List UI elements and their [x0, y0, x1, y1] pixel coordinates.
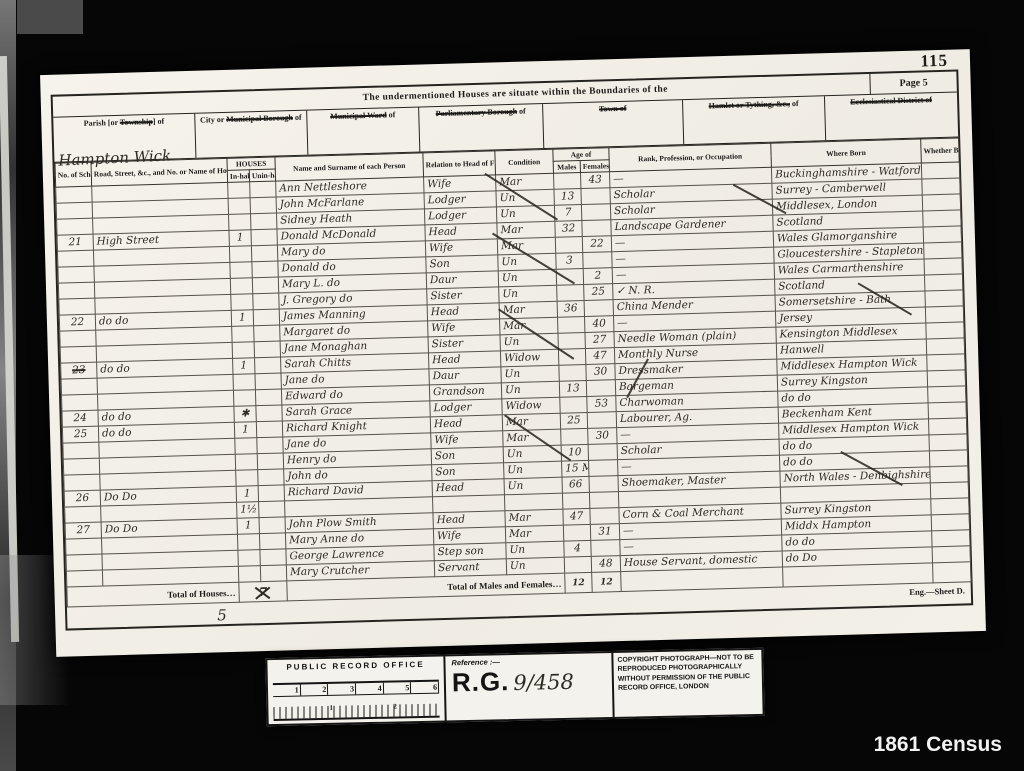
total-houses-value: 7 — [239, 581, 288, 602]
cell-age-female — [586, 380, 615, 397]
cell-schedule — [63, 442, 99, 459]
cell-infirm — [927, 370, 965, 387]
cell-infirm — [921, 162, 959, 179]
cell-age-female — [589, 476, 618, 493]
cell-inhabited — [233, 374, 255, 391]
cell-infirm — [923, 226, 961, 243]
cell-schedule — [61, 378, 97, 395]
cell-age-male: 10 — [561, 444, 588, 461]
cell-inhabited: 1 — [237, 518, 259, 535]
cell-uninhabited — [260, 549, 286, 566]
cell-schedule — [66, 554, 102, 571]
folio-number: 115 — [920, 51, 948, 72]
cell-inhabited: 1 — [234, 422, 256, 439]
town-label: Town of — [546, 102, 679, 116]
cell-age-female — [589, 460, 618, 477]
cell-age-female: 43 — [580, 172, 609, 189]
cell-age-male — [558, 332, 585, 349]
cell-age-female: 22 — [582, 236, 611, 253]
cell-age-female — [590, 508, 619, 525]
cell-age-female: 30 — [586, 364, 615, 381]
cell-inhabited — [235, 438, 257, 455]
cell-inhabited — [238, 566, 260, 583]
cell-age-male — [555, 237, 582, 254]
cell-schedule — [62, 394, 98, 411]
cell-uninhabited — [251, 229, 277, 246]
cell-uninhabited — [252, 277, 278, 294]
cell-condition: Un — [501, 365, 559, 383]
city-label: City or Municipal Borough of — [198, 113, 303, 126]
cell-inhabited — [229, 214, 251, 231]
cell-infirm — [924, 258, 962, 275]
location-box-city: City or Municipal Borough of — [195, 111, 308, 158]
reference-piece: 9/458 — [513, 670, 574, 695]
cell-inhabited — [233, 390, 255, 407]
cell-infirm — [929, 418, 967, 435]
census-sheet: 115 The undermentioned Houses are situat… — [40, 49, 986, 657]
cell-schedule: 22 — [59, 314, 95, 331]
cell-age-female: 2 — [583, 268, 612, 285]
cell-inhabited: 1 — [229, 230, 251, 247]
pro-title: PUBLIC RECORD OFFICE — [272, 660, 438, 672]
cell-uninhabited — [259, 533, 285, 550]
cell-uninhabited — [257, 437, 283, 454]
col-inhabited: In-habited — [227, 170, 249, 183]
cell-age-male — [559, 364, 586, 381]
cell-age-male — [560, 396, 587, 413]
cell-condition: Un — [501, 381, 559, 399]
location-box-parl-borough: Parliamentary Borough of — [419, 104, 544, 151]
cell-uninhabited — [257, 453, 283, 470]
cell-schedule — [57, 250, 93, 267]
parl-borough-label: Parliamentary Borough of — [422, 106, 539, 119]
pro-ruler: PUBLIC RECORD OFFICE 12 34 56 1 2 — [267, 656, 446, 724]
cell-schedule — [60, 346, 96, 363]
cell-age-female: 47 — [585, 348, 614, 365]
location-box-ward: Municipal Ward of — [307, 108, 420, 155]
ward-label: Municipal Ward of — [310, 110, 415, 123]
cell-age-female — [581, 204, 610, 221]
cell-uninhabited — [254, 341, 280, 358]
cell-condition: Un — [506, 557, 564, 575]
total-females: 12 — [592, 572, 622, 593]
cell-age-female — [584, 300, 613, 317]
cell-schedule — [59, 298, 95, 315]
cell-inhabited — [228, 198, 250, 215]
cell-infirm — [930, 482, 968, 499]
cell-inhabited: 1 — [231, 310, 253, 327]
cell-age-female — [588, 444, 617, 461]
cell-uninhabited — [252, 261, 278, 278]
cell-condition: Mar — [502, 413, 560, 431]
cell-uninhabited — [253, 293, 279, 310]
cell-schedule — [63, 458, 99, 475]
location-box-town: Town of — [543, 100, 684, 148]
cell-uninhabited — [258, 469, 284, 486]
cell-infirm — [926, 338, 964, 355]
total-males: 12 — [565, 572, 593, 593]
pro-reference-label: PUBLIC RECORD OFFICE 12 34 56 1 2 Refere… — [265, 648, 764, 726]
cell-age-female: 25 — [584, 284, 613, 301]
cell-age-male — [558, 316, 585, 333]
cell-uninhabited — [255, 373, 281, 390]
cell-uninhabited — [256, 421, 282, 438]
page-number: Page 5 — [869, 72, 957, 94]
cell-schedule: 27 — [65, 522, 101, 539]
cell-age-female: 40 — [585, 316, 614, 333]
cell-condition: Un — [504, 477, 562, 495]
cell-inhabited — [235, 454, 257, 471]
cell-age-female — [582, 220, 611, 237]
cell-inhabited — [230, 262, 252, 279]
cell-age-male: 36 — [557, 300, 584, 317]
cell-inhabited — [231, 294, 253, 311]
cell-age-male: 7 — [554, 205, 581, 222]
cell-condition — [504, 493, 562, 511]
cell-age-female: 27 — [585, 332, 614, 349]
hamlet-label: Hamlet or Tything, &c., of — [686, 98, 821, 112]
cell-infirm — [931, 514, 969, 531]
cell-age-female — [581, 188, 610, 205]
col-females: Females — [580, 160, 609, 173]
cell-condition: Widow — [502, 397, 560, 415]
cell-infirm — [929, 450, 967, 467]
cell-age-female: 53 — [587, 396, 616, 413]
census-table: No. of Schedule Road, Street, &c., and N… — [55, 137, 972, 607]
cell-uninhabited — [256, 405, 282, 422]
cell-schedule — [60, 330, 96, 347]
cell-inhabited: ✱ — [234, 406, 256, 423]
stray-note: 5 — [217, 606, 227, 624]
col-uninhabited: Unin-habited (U.), or Building (B.) — [249, 169, 275, 182]
cell-condition: Un — [504, 461, 562, 479]
location-box-parish: Parish [or Township] of Hampton Wick — [53, 114, 196, 162]
cell-uninhabited — [260, 565, 286, 582]
cell-age-female: 30 — [588, 428, 617, 445]
cell-infirm — [922, 194, 960, 211]
cell-inhabited — [236, 470, 258, 487]
cell-age-male: 4 — [564, 540, 591, 557]
cell-condition: Mar — [500, 317, 558, 335]
cell-uninhabited — [253, 309, 279, 326]
ruler-inches: 12 34 56 — [273, 679, 439, 696]
parish-label: Parish [or Township] of — [56, 116, 191, 130]
cell-condition: Un — [498, 269, 556, 287]
cell-schedule — [66, 570, 102, 587]
eccl-district-label: Ecclesiastical District of — [828, 95, 954, 109]
cell-schedule: 23 — [61, 362, 97, 379]
cell-inhabited: 1 — [233, 358, 255, 375]
cell-uninhabited — [251, 245, 277, 262]
cell-infirm — [926, 322, 964, 339]
location-box-hamlet: Hamlet or Tything, &c., of — [683, 96, 826, 144]
cell-age-male: 13 — [554, 189, 581, 206]
cell-schedule: 26 — [64, 490, 100, 507]
cell-uninhabited — [254, 325, 280, 342]
cell-schedule: 24 — [62, 410, 98, 427]
cell-age-male: 47 — [563, 508, 590, 525]
sheet-frame: The undermentioned Houses are situate wi… — [51, 69, 974, 630]
cell-age-male: 32 — [555, 221, 582, 238]
cell-infirm — [924, 274, 962, 291]
cell-inhabited — [232, 326, 254, 343]
cell-infirm — [923, 210, 961, 227]
cell-age-male — [556, 269, 583, 286]
cell-age-female: 31 — [590, 524, 619, 541]
cell-uninhabited — [258, 485, 284, 502]
location-box-eccl-district: Ecclesiastical District of — [825, 93, 958, 141]
cell-schedule — [57, 218, 93, 235]
cell-schedule — [58, 282, 94, 299]
cell-schedule: 25 — [62, 426, 98, 443]
cell-inhabited — [238, 550, 260, 567]
cell-age-female — [591, 540, 620, 557]
cell-age-male — [562, 492, 589, 509]
pro-copyright: COPYRIGHT PHOTOGRAPH—NOT TO BE REPRODUCE… — [613, 650, 762, 717]
cell-inhabited — [237, 534, 259, 551]
cell-uninhabited — [250, 181, 276, 198]
cell-age-male: 3 — [556, 253, 583, 270]
cell-age-male — [561, 428, 588, 445]
cell-condition: Widow — [500, 349, 558, 367]
cell-infirm — [928, 386, 966, 403]
cell-infirm — [932, 530, 970, 547]
cell-schedule — [58, 266, 94, 283]
cell-infirm — [924, 242, 962, 259]
cell-uninhabited — [251, 213, 277, 230]
cell-inhabited — [232, 342, 254, 359]
pro-reference: Reference :— R.G. 9/458 — [445, 653, 614, 721]
cell-schedule — [66, 538, 102, 555]
cell-condition: Mar — [505, 525, 563, 543]
cell-schedule — [56, 202, 92, 219]
cell-age-male: 13 — [559, 380, 586, 397]
cell-infirm — [929, 434, 967, 451]
cell-uninhabited — [255, 357, 281, 374]
cell-inhabited: 1 — [236, 486, 258, 503]
reference-series: R.G. — [452, 666, 510, 698]
census-rows: Ann Nettleshore Wife Mar 43 — Buckingham… — [56, 162, 971, 587]
cell-schedule — [64, 474, 100, 491]
cell-age-female — [583, 252, 612, 269]
film-corner-artifact — [17, 0, 83, 34]
cell-infirm — [928, 402, 966, 419]
eng-sheet-label: Eng.—Sheet D. — [909, 585, 965, 605]
cell-condition: Un — [496, 205, 554, 223]
cell-schedule: 21 — [57, 234, 93, 251]
ruler-centimetres: 1 2 — [273, 704, 439, 721]
cell-condition: Mar — [497, 221, 555, 239]
cell-uninhabited — [259, 501, 285, 518]
cell-infirm — [930, 466, 968, 483]
cell-uninhabited — [255, 389, 281, 406]
cell-schedule — [56, 186, 92, 203]
cell-condition: Un — [506, 541, 564, 559]
cell-age-male — [563, 524, 590, 541]
cell-schedule — [65, 506, 101, 523]
cell-infirm — [925, 306, 963, 323]
cell-condition: Mar — [496, 173, 554, 191]
cell-age-male — [553, 173, 580, 190]
cell-age-female: 48 — [591, 556, 620, 573]
col-infirm: Whether Blind, or Deaf-and-Dumb — [921, 138, 960, 163]
cell-uninhabited — [250, 197, 276, 214]
col-condition: Condition — [495, 149, 554, 175]
cell-inhabited — [228, 182, 250, 199]
cell-inhabited — [230, 278, 252, 295]
cell-infirm — [922, 178, 960, 195]
topline-spacer — [53, 94, 162, 117]
cell-infirm — [925, 290, 963, 307]
cell-inhabited: 1½ — [237, 502, 259, 519]
cell-infirm — [932, 546, 970, 563]
cell-infirm — [931, 498, 969, 515]
cell-condition: Un — [499, 285, 557, 303]
cell-infirm — [927, 354, 965, 371]
cell-inhabited — [229, 246, 251, 263]
cell-age-male — [557, 285, 584, 302]
caption-1861-census: 1861 Census — [874, 733, 1002, 757]
cell-age-male: 66 — [562, 476, 589, 493]
cell-age-male: 15 Months — [562, 460, 589, 477]
cell-age-male: 25 — [560, 412, 587, 429]
cell-age-female — [589, 492, 618, 509]
cell-uninhabited — [259, 517, 285, 534]
cell-age-male — [564, 556, 591, 573]
cell-condition: Mar — [505, 509, 563, 527]
col-males: Males — [553, 161, 580, 174]
cell-age-female — [587, 412, 616, 429]
